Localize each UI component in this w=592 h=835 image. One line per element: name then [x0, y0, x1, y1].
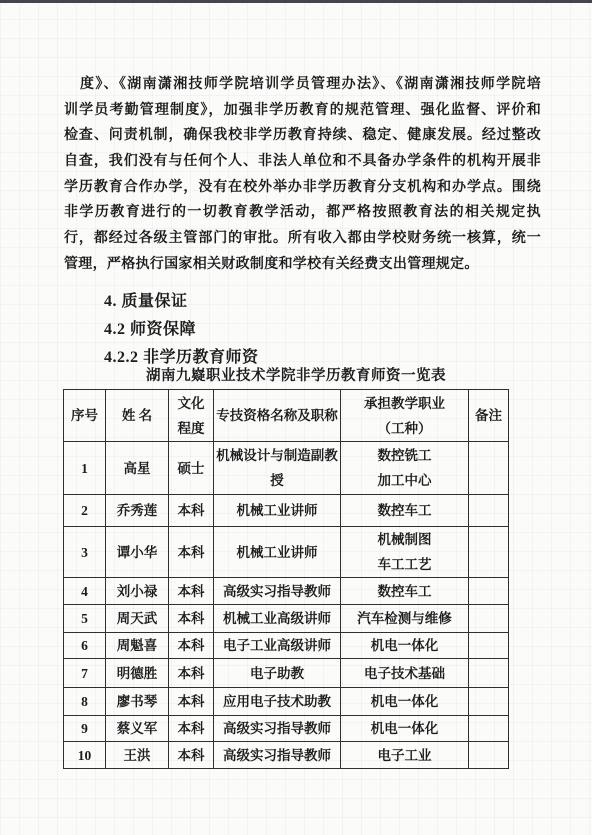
cell-education: 本科: [169, 716, 214, 742]
paragraph-line: 学历教育合作办学，没有在校外举办非学历教育分支机构和办学点。围绕: [64, 175, 541, 201]
paragraph-line: 检查、问责机制，确保我校非学历教育持续、稳定、健康发展。经过整改: [64, 123, 541, 149]
cell-qualification-title: 高级实习指导教师: [214, 716, 341, 742]
table-header-row: 序号 姓 名 文化 程度 专技资格名称及职称 承担教学职业 （工种） 备注: [64, 390, 509, 442]
cell-education: 本科: [169, 605, 214, 633]
cell-name: 廖书琴: [106, 688, 169, 716]
header-teaching-occupation: 承担教学职业 （工种）: [341, 390, 469, 442]
header-serial-no: 序号: [64, 390, 106, 442]
cell-remark: [469, 633, 509, 659]
paragraph-line: 自查，我们没有与任何个人、非法人单位和不具备办学条件的机构开展非: [64, 149, 541, 175]
cell-qualification-title: 机械工业高级讲师: [214, 605, 341, 633]
table-row: 6 周魁喜 本科 电子工业高级讲师 机电一体化: [64, 633, 509, 659]
paragraph-line: 度》、《湖南潇湘技师学院培训学员管理办法》、《湖南潇湘技师学院培: [64, 72, 541, 98]
cell-occupation: 电子技术基础: [341, 659, 469, 688]
table-row: 10 王洪 本科 高级实习指导教师 电子工业: [64, 742, 509, 769]
cell-name: 明德胜: [106, 659, 169, 688]
table-row: 5 周天武 本科 机械工业高级讲师 汽车检测与维修: [64, 605, 509, 633]
scan-edge-shadow: [0, 0, 592, 3]
header-education-level: 文化 程度: [169, 390, 214, 442]
table-row: 1 高星 硕士 机械设计与制造副教授 数控铣工 加工中心: [64, 442, 509, 495]
heading-faculty-guarantee: 4.2 师资保障: [104, 316, 196, 339]
cell-education: 本科: [169, 742, 214, 769]
cell-education: 本科: [169, 527, 214, 578]
table-row: 8 廖书琴 本科 应用电子技术助教 机电一体化: [64, 688, 509, 716]
cell-remark: [469, 578, 509, 605]
table-title: 湖南九嶷职业技术学院非学历教育师资一览表: [0, 364, 592, 385]
cell-name: 谭小华: [106, 527, 169, 578]
cell-qualification-title: 高级实习指导教师: [214, 578, 341, 605]
cell-education: 硕士: [169, 442, 214, 495]
header-remarks: 备注: [469, 390, 509, 442]
cell-name: 蔡义军: [106, 716, 169, 742]
cell-qualification-title: 机械设计与制造副教授: [214, 442, 341, 495]
table-row: 3 谭小华 本科 机械工业讲师 机械制图 车工工艺: [64, 527, 509, 578]
cell-occupation: 机电一体化: [341, 716, 469, 742]
cell-education: 本科: [169, 633, 214, 659]
cell-education: 本科: [169, 659, 214, 688]
cell-occupation: 机械制图 车工工艺: [341, 527, 469, 578]
cell-name: 周魁喜: [106, 633, 169, 659]
cell-serial-no: 9: [64, 716, 106, 742]
cell-occupation: 汽车检测与维修: [341, 605, 469, 633]
cell-occupation: 数控车工: [341, 578, 469, 605]
cell-qualification-title: 机械工业讲师: [214, 495, 341, 527]
cell-name: 高星: [106, 442, 169, 495]
cell-serial-no: 7: [64, 659, 106, 688]
cell-occupation: 数控铣工 加工中心: [341, 442, 469, 495]
paragraph-line: 训学员考勤管理制度》，加强非学历教育的规范管理、强化监督、评价和: [64, 98, 541, 124]
cell-name: 刘小禄: [106, 578, 169, 605]
heading-quality-assurance: 4. 质量保证: [104, 288, 188, 311]
table-row: 7 明德胜 本科 电子助教 电子技术基础: [64, 659, 509, 688]
paragraph-line: 管理，严格执行国家相关财政制度和学校有关经费支出管理规定。: [64, 252, 541, 278]
cell-qualification-title: 电子工业高级讲师: [214, 633, 341, 659]
cell-name: 周天武: [106, 605, 169, 633]
table-row: 4 刘小禄 本科 高级实习指导教师 数控车工: [64, 578, 509, 605]
faculty-roster-table: 序号 姓 名 文化 程度 专技资格名称及职称 承担教学职业 （工种） 备注 1 …: [63, 389, 509, 769]
paragraph-line: 非学历教育进行的一切教育教学活动，都严格按照教育法的相关规定执: [64, 200, 541, 226]
cell-remark: [469, 742, 509, 769]
cell-qualification-title: 机械工业讲师: [214, 527, 341, 578]
cell-remark: [469, 495, 509, 527]
cell-remark: [469, 605, 509, 633]
cell-serial-no: 2: [64, 495, 106, 527]
paragraph-line: 行，都经过各级主管部门的审批。所有收入都由学校财务统一核算，统一: [64, 226, 541, 252]
cell-occupation: 数控车工: [341, 495, 469, 527]
cell-qualification-title: 高级实习指导教师: [214, 742, 341, 769]
cell-remark: [469, 442, 509, 495]
table-row: 9 蔡义军 本科 高级实习指导教师 机电一体化: [64, 716, 509, 742]
cell-remark: [469, 716, 509, 742]
cell-occupation: 机电一体化: [341, 633, 469, 659]
cell-education: 本科: [169, 578, 214, 605]
header-name: 姓 名: [106, 390, 169, 442]
header-qualification-title: 专技资格名称及职称: [214, 390, 341, 442]
cell-qualification-title: 电子助教: [214, 659, 341, 688]
cell-serial-no: 8: [64, 688, 106, 716]
cell-qualification-title: 应用电子技术助教: [214, 688, 341, 716]
cell-serial-no: 3: [64, 527, 106, 578]
cell-remark: [469, 527, 509, 578]
table-row: 2 乔秀莲 本科 机械工业讲师 数控车工: [64, 495, 509, 527]
cell-serial-no: 10: [64, 742, 106, 769]
body-paragraph: 度》、《湖南潇湘技师学院培训学员管理办法》、《湖南潇湘技师学院培 训学员考勤管理…: [64, 72, 541, 278]
cell-name: 乔秀莲: [106, 495, 169, 527]
cell-education: 本科: [169, 495, 214, 527]
cell-serial-no: 4: [64, 578, 106, 605]
cell-remark: [469, 659, 509, 688]
cell-education: 本科: [169, 688, 214, 716]
cell-serial-no: 1: [64, 442, 106, 495]
cell-occupation: 电子工业: [341, 742, 469, 769]
cell-name: 王洪: [106, 742, 169, 769]
cell-serial-no: 6: [64, 633, 106, 659]
cell-serial-no: 5: [64, 605, 106, 633]
cell-occupation: 机电一体化: [341, 688, 469, 716]
cell-remark: [469, 688, 509, 716]
